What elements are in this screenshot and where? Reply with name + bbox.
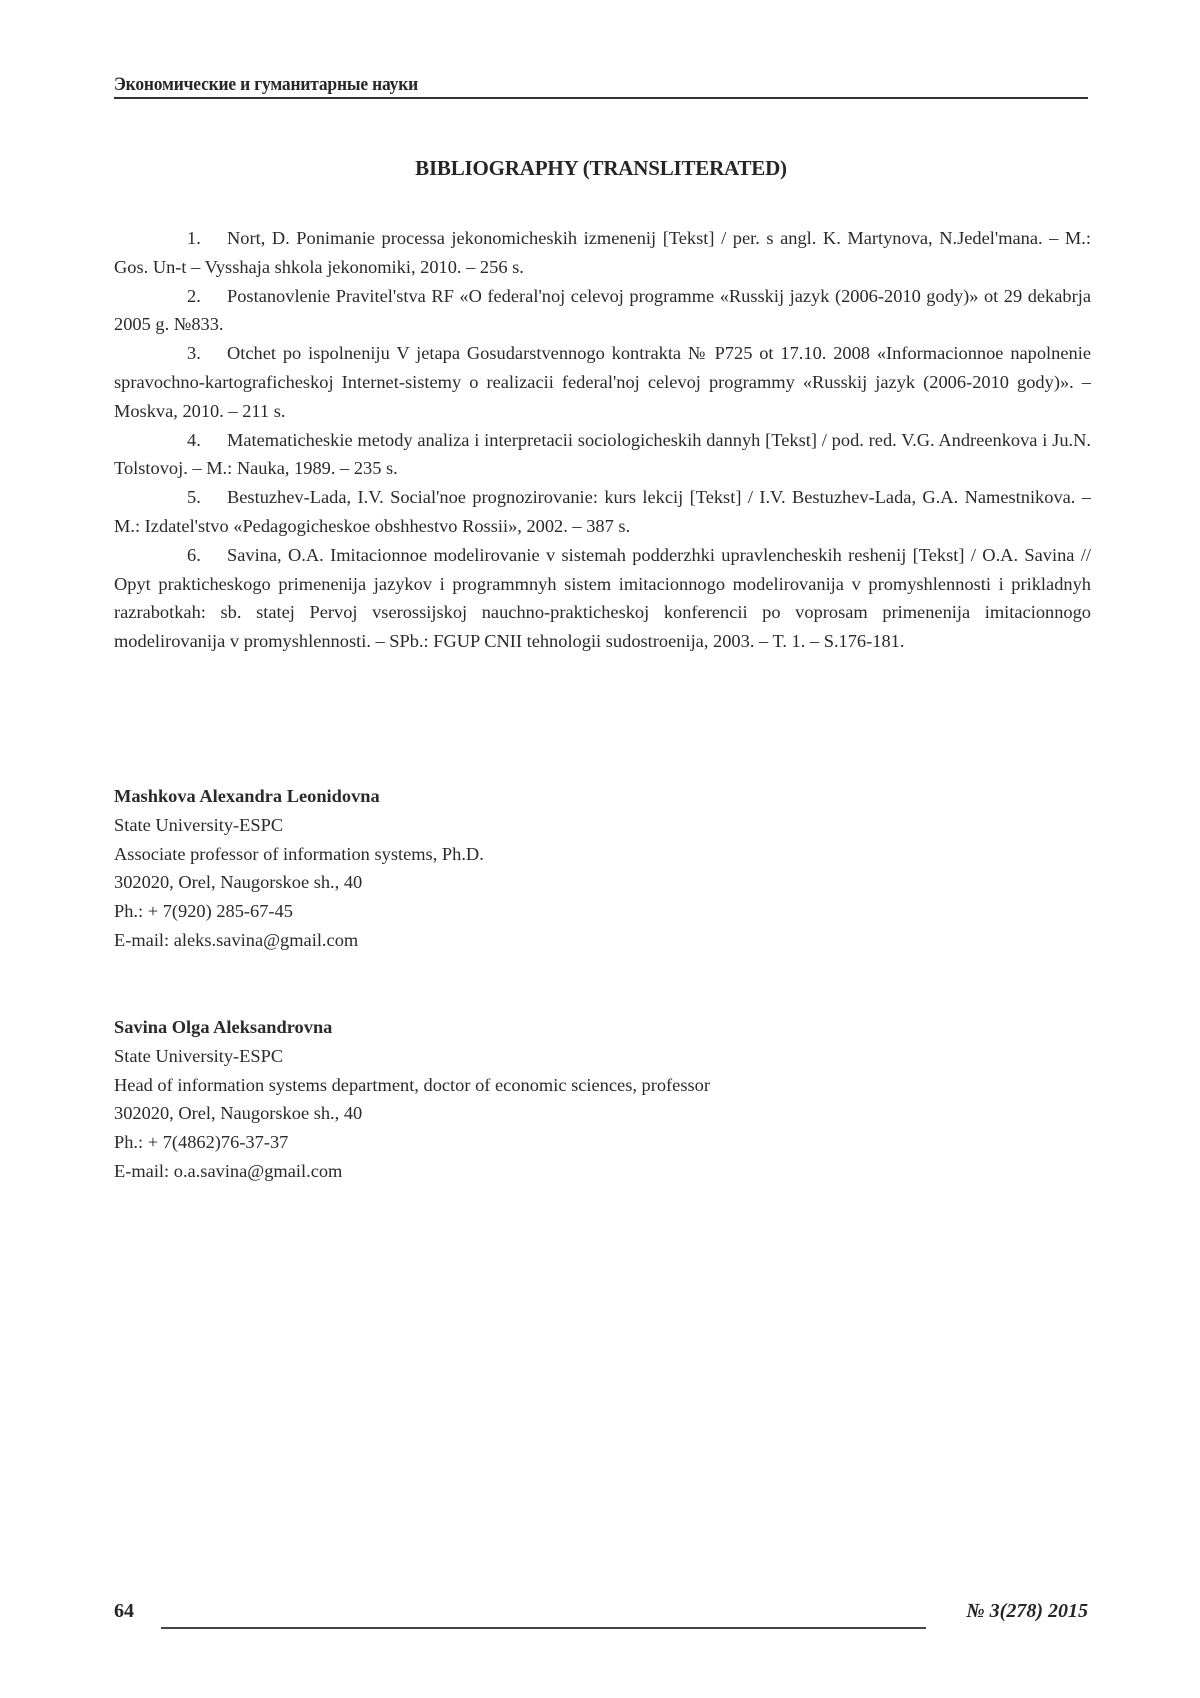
entry-text: Postanovlenie Pravitel'stva RF «O federa… <box>114 286 1091 335</box>
author-position: Head of information systems department, … <box>114 1071 1014 1100</box>
entry-text: Bestuzhev-Lada, I.V. Social'noe prognozi… <box>114 487 1091 536</box>
entry-text: Otchet po ispolneniju V jetapa Gosudarst… <box>114 343 1091 421</box>
journal-section-title: Экономические и гуманитарные науки <box>114 74 418 96</box>
bibliography-entry: 3.Otchet po ispolneniju V jetapa Gosudar… <box>114 339 1091 425</box>
entry-text: Savina, O.A. Imitacionnoe modelirovanie … <box>114 545 1091 651</box>
bibliography-entry: 5.Bestuzhev-Lada, I.V. Social'noe progno… <box>114 483 1091 541</box>
author-affiliation: State University-ESPC <box>114 811 1014 840</box>
author-block: Savina Olga Aleksandrovna State Universi… <box>114 1013 1014 1186</box>
page-footer: 64 № 3(278) 2015 <box>114 1600 1088 1630</box>
author-email: E-mail: o.a.savina@gmail.com <box>114 1157 1014 1186</box>
entry-number: 5. <box>187 483 227 512</box>
bibliography-entry: 6.Savina, O.A. Imitacionnoe modelirovani… <box>114 541 1091 656</box>
bibliography-entry: 2.Postanovlenie Pravitel'stva RF «O fede… <box>114 282 1091 340</box>
author-email: E-mail: aleks.savina@gmail.com <box>114 926 1014 955</box>
author-address: 302020, Orel, Naugorskoe sh., 40 <box>114 868 1014 897</box>
running-header: Экономические и гуманитарные науки <box>114 74 1088 99</box>
entry-text: Nort, D. Ponimanie processa jekonomiches… <box>114 228 1091 277</box>
entry-number: 6. <box>187 541 227 570</box>
author-phone: Ph.: + 7(4862)76-37-37 <box>114 1128 1014 1157</box>
bibliography-entry: 1.Nort, D. Ponimanie processa jekonomich… <box>114 224 1091 282</box>
bibliography-list: 1.Nort, D. Ponimanie processa jekonomich… <box>114 224 1091 656</box>
entry-text: Matematicheskie metody analiza i interpr… <box>114 430 1091 479</box>
issue-number: № 3(278) 2015 <box>966 1600 1088 1623</box>
author-name: Savina Olga Aleksandrovna <box>114 1013 1014 1042</box>
entry-number: 2. <box>187 282 227 311</box>
author-position: Associate professor of information syste… <box>114 840 1014 869</box>
author-block: Mashkova Alexandra Leonidovna State Univ… <box>114 782 1014 955</box>
journal-page: Экономические и гуманитарные науки BIBLI… <box>0 0 1200 1698</box>
author-name: Mashkova Alexandra Leonidovna <box>114 782 1014 811</box>
bibliography-entry: 4.Matematicheskie metody analiza i inter… <box>114 426 1091 484</box>
bibliography-heading: BIBLIOGRAPHY (TRANSLITERATED) <box>114 156 1088 181</box>
author-phone: Ph.: + 7(920) 285-67-45 <box>114 897 1014 926</box>
author-affiliation: State University-ESPC <box>114 1042 1014 1071</box>
page-number: 64 <box>114 1600 134 1623</box>
entry-number: 3. <box>187 339 227 368</box>
entry-number: 4. <box>187 426 227 455</box>
entry-number: 1. <box>187 224 227 253</box>
author-address: 302020, Orel, Naugorskoe sh., 40 <box>114 1099 1014 1128</box>
footer-divider <box>161 1627 926 1629</box>
